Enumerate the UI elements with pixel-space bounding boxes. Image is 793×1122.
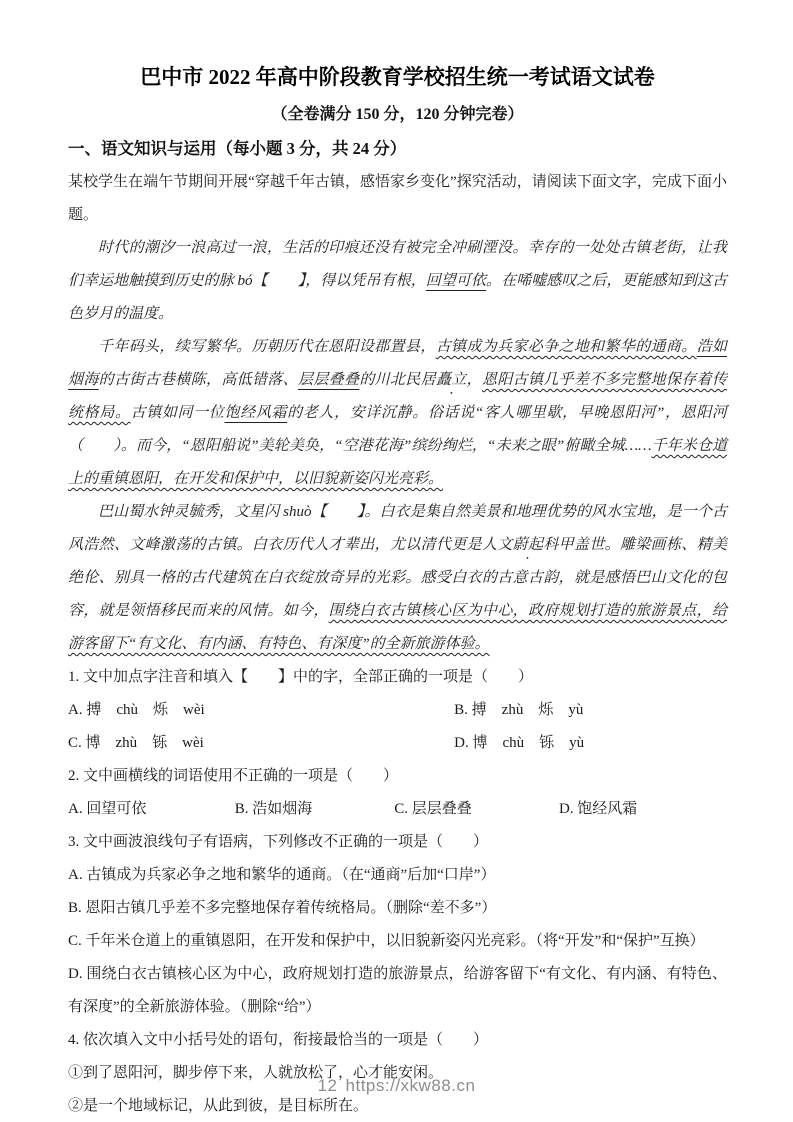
question-2-option-b: B. 浩如烟海 — [235, 793, 394, 826]
question-1-option-b: B. 搏 zhù 烁 yù — [454, 694, 727, 727]
page-footer: 12https://xkw88.cn — [0, 1076, 793, 1096]
question-1-options-row-1: A. 搏 chù 烁 wèi B. 搏 zhù 烁 yù — [68, 694, 727, 727]
passage-intro: 某校学生在端午节期间开展“穿越千年古镇，感悟家乡变化”探究活动，请阅读下面文字，… — [68, 166, 727, 232]
passage-paragraph-2: 千年码头，续写繁华。历朝历代在恩阳设郡置县，古镇成为兵家必争之地和繁华的通商。浩… — [68, 331, 727, 496]
passage-segment-dot: 矗 — [436, 372, 451, 388]
page-subtitle: （全卷满分 150 分，120 分钟完卷） — [68, 102, 727, 128]
question-3-option-c: C. 千年米仓道上的重镇恩阳，在开发和保护中，以旧貌新姿闪光亮彩。（将“开发”和… — [68, 925, 727, 958]
question-1-option-c: C. 博 zhù 铄 wèi — [68, 727, 454, 760]
question-2-option-a: A. 回望可依 — [68, 793, 235, 826]
passage-paragraph-3: 巴山蜀水钟灵毓秀，文星闪 shuò【 】。白衣是集自然美景和地理优势的风水宝地，… — [68, 496, 727, 661]
question-3-stem: 3. 文中画波浪线句子有语病，下列修改不正确的一项是（ ） — [68, 826, 727, 859]
question-3-option-a: A. 古镇成为兵家必争之地和繁华的通商。（在“通商”后加“口岸”） — [68, 859, 727, 892]
question-1-option-d: D. 博 chù 铄 yù — [454, 727, 727, 760]
footer-url-link[interactable]: https://xkw88.cn — [346, 1076, 476, 1095]
exam-page: 巴中市 2022 年高中阶段教育学校招生统一考试语文试卷 （全卷满分 150 分… — [0, 0, 793, 1122]
passage-segment-underline: 饱经风霜 — [225, 405, 288, 421]
question-1-options-row-2: C. 博 zhù 铄 wèi D. 博 chù 铄 yù — [68, 727, 727, 760]
passage-segment-plain: 的古街古巷横陈，高低错落、 — [99, 372, 298, 388]
question-3-option-d: D. 围绕白衣古镇核心区为中心，政府规划打造的旅游景点，给游客留下“有文化、有内… — [68, 958, 727, 1024]
passage-paragraph-1: 时代的潮汐一浪高过一浪，生活的印痕还没有被完全冲刷湮没。幸存的一处处古镇老街，让… — [68, 232, 727, 331]
question-2-option-d: D. 饱经风霜 — [559, 793, 727, 826]
question-1-option-a: A. 搏 chù 烁 wèi — [68, 694, 454, 727]
page-title: 巴中市 2022 年高中阶段教育学校招生统一考试语文试卷 — [68, 62, 727, 92]
question-1-stem: 1. 文中加点字注音和填入【 】中的字，全部正确的一项是（ ） — [68, 661, 727, 694]
section-heading: 一、语文知识与运用（每小题 3 分，共 24 分） — [68, 135, 727, 163]
passage-segment-dot: 蔚 — [513, 537, 528, 553]
question-3-option-b: B. 恩阳古镇几乎差不多完整地保存着传统格局。（删除“差不多”） — [68, 892, 727, 925]
question-3: 3. 文中画波浪线句子有语病，下列修改不正确的一项是（ ） A. 古镇成为兵家必… — [68, 826, 727, 1024]
question-2-option-c: C. 层层叠叠 — [394, 793, 559, 826]
exam-content: 巴中市 2022 年高中阶段教育学校招生统一考试语文试卷 （全卷满分 150 分… — [0, 0, 793, 1122]
passage-segment-underline: 层层叠叠 — [298, 372, 359, 388]
question-1: 1. 文中加点字注音和填入【 】中的字，全部正确的一项是（ ） A. 搏 chù… — [68, 661, 727, 760]
question-4: 4. 依次填入文中小括号处的语句，衔接最恰当的一项是（ ） ①到了恩阳河，脚步停… — [68, 1024, 727, 1122]
passage-segment-wavy: 古镇成为兵家必争之地和繁华的通商。 — [436, 339, 697, 355]
question-2-stem: 2. 文中画横线的词语使用不正确的一项是（ ） — [68, 760, 727, 793]
passage-segment-plain: 的川北民居 — [359, 372, 436, 388]
question-4-stem: 4. 依次填入文中小括号处的语句，衔接最恰当的一项是（ ） — [68, 1024, 727, 1057]
passage-segment-plain: 立， — [451, 372, 482, 388]
passage-segment-plain: 千年码头，续写繁华。历朝历代在恩阳设郡置县， — [98, 339, 436, 355]
passage-segment-underline: 回望可依 — [426, 273, 486, 289]
section-body: 某校学生在端午节期间开展“穿越千年古镇，感悟家乡变化”探究活动，请阅读下面文字，… — [68, 166, 727, 1122]
passage-segment-plain: 古镇如同一位 — [131, 405, 225, 421]
question-2-options-row: A. 回望可依 B. 浩如烟海 C. 层层叠叠 D. 饱经风霜 — [68, 793, 727, 826]
footer-page-number: 12 — [318, 1076, 338, 1095]
question-2: 2. 文中画横线的词语使用不正确的一项是（ ） A. 回望可依 B. 浩如烟海 … — [68, 760, 727, 826]
